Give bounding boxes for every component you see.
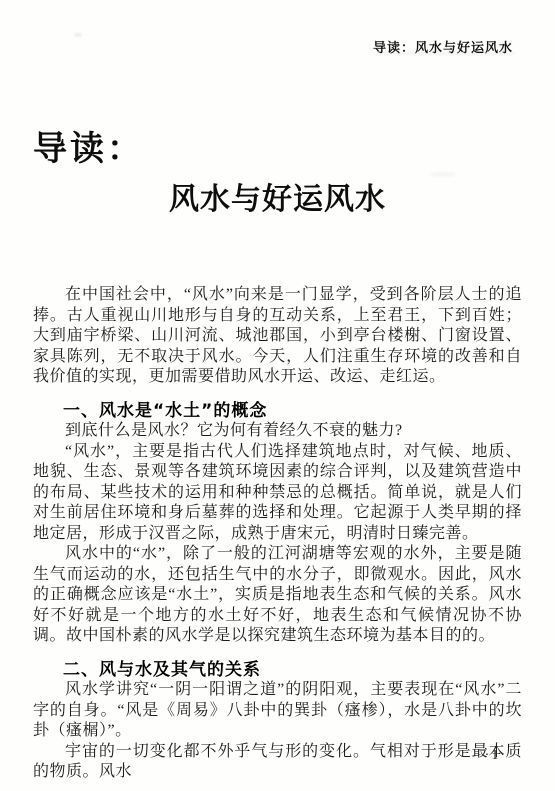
body-paragraph-qi-and-form: 宇宙的一切变化都不外乎气与形的变化。气相对于形是最本质的物质。风水 [33,742,522,783]
body-paragraph-water-concept: 风水中的“水”，除了一般的江河湖塘等宏观的水外，主要是随生气而运动的水，还包括生… [33,544,522,647]
section-heading-2: 二、风与水及其气的关系 [33,660,522,681]
section-heading-1: 一、风水是“水土”的概念 [33,401,522,422]
book-page: 导读：风水与好运风水 导读： 风水与好运风水 在中国社会中，“风水”向来是一门显… [0,0,555,791]
body-paragraph-yinyang: 风水学讲究“一阴一阳谓之道”的阴阳观，主要表现在“风水”二字的自身。“风是《周易… [33,680,522,742]
running-header: 导读：风水与好运风水 [373,37,513,56]
scan-artifact [74,33,82,37]
chapter-kicker: 导读： [33,121,144,170]
body-paragraph-fengshui-definition: “风水”，主要是指古代人们选择建筑地点时，对气候、地质、地貌、生态、景观等各建筑… [33,442,522,545]
page-title: 风水与好运风水 [0,174,555,218]
body-text: 在中国社会中，“风水”向来是一门显学，受到各阶层人士的追捧。古人重视山川地形与自… [33,285,522,783]
body-paragraph-question: 到底什么是风水？它为何有着经久不衰的魅力? [33,421,522,442]
body-paragraph-intro: 在中国社会中，“风水”向来是一门显学，受到各阶层人士的追捧。古人重视山川地形与自… [33,285,522,388]
page-number: ·1· [485,748,507,764]
